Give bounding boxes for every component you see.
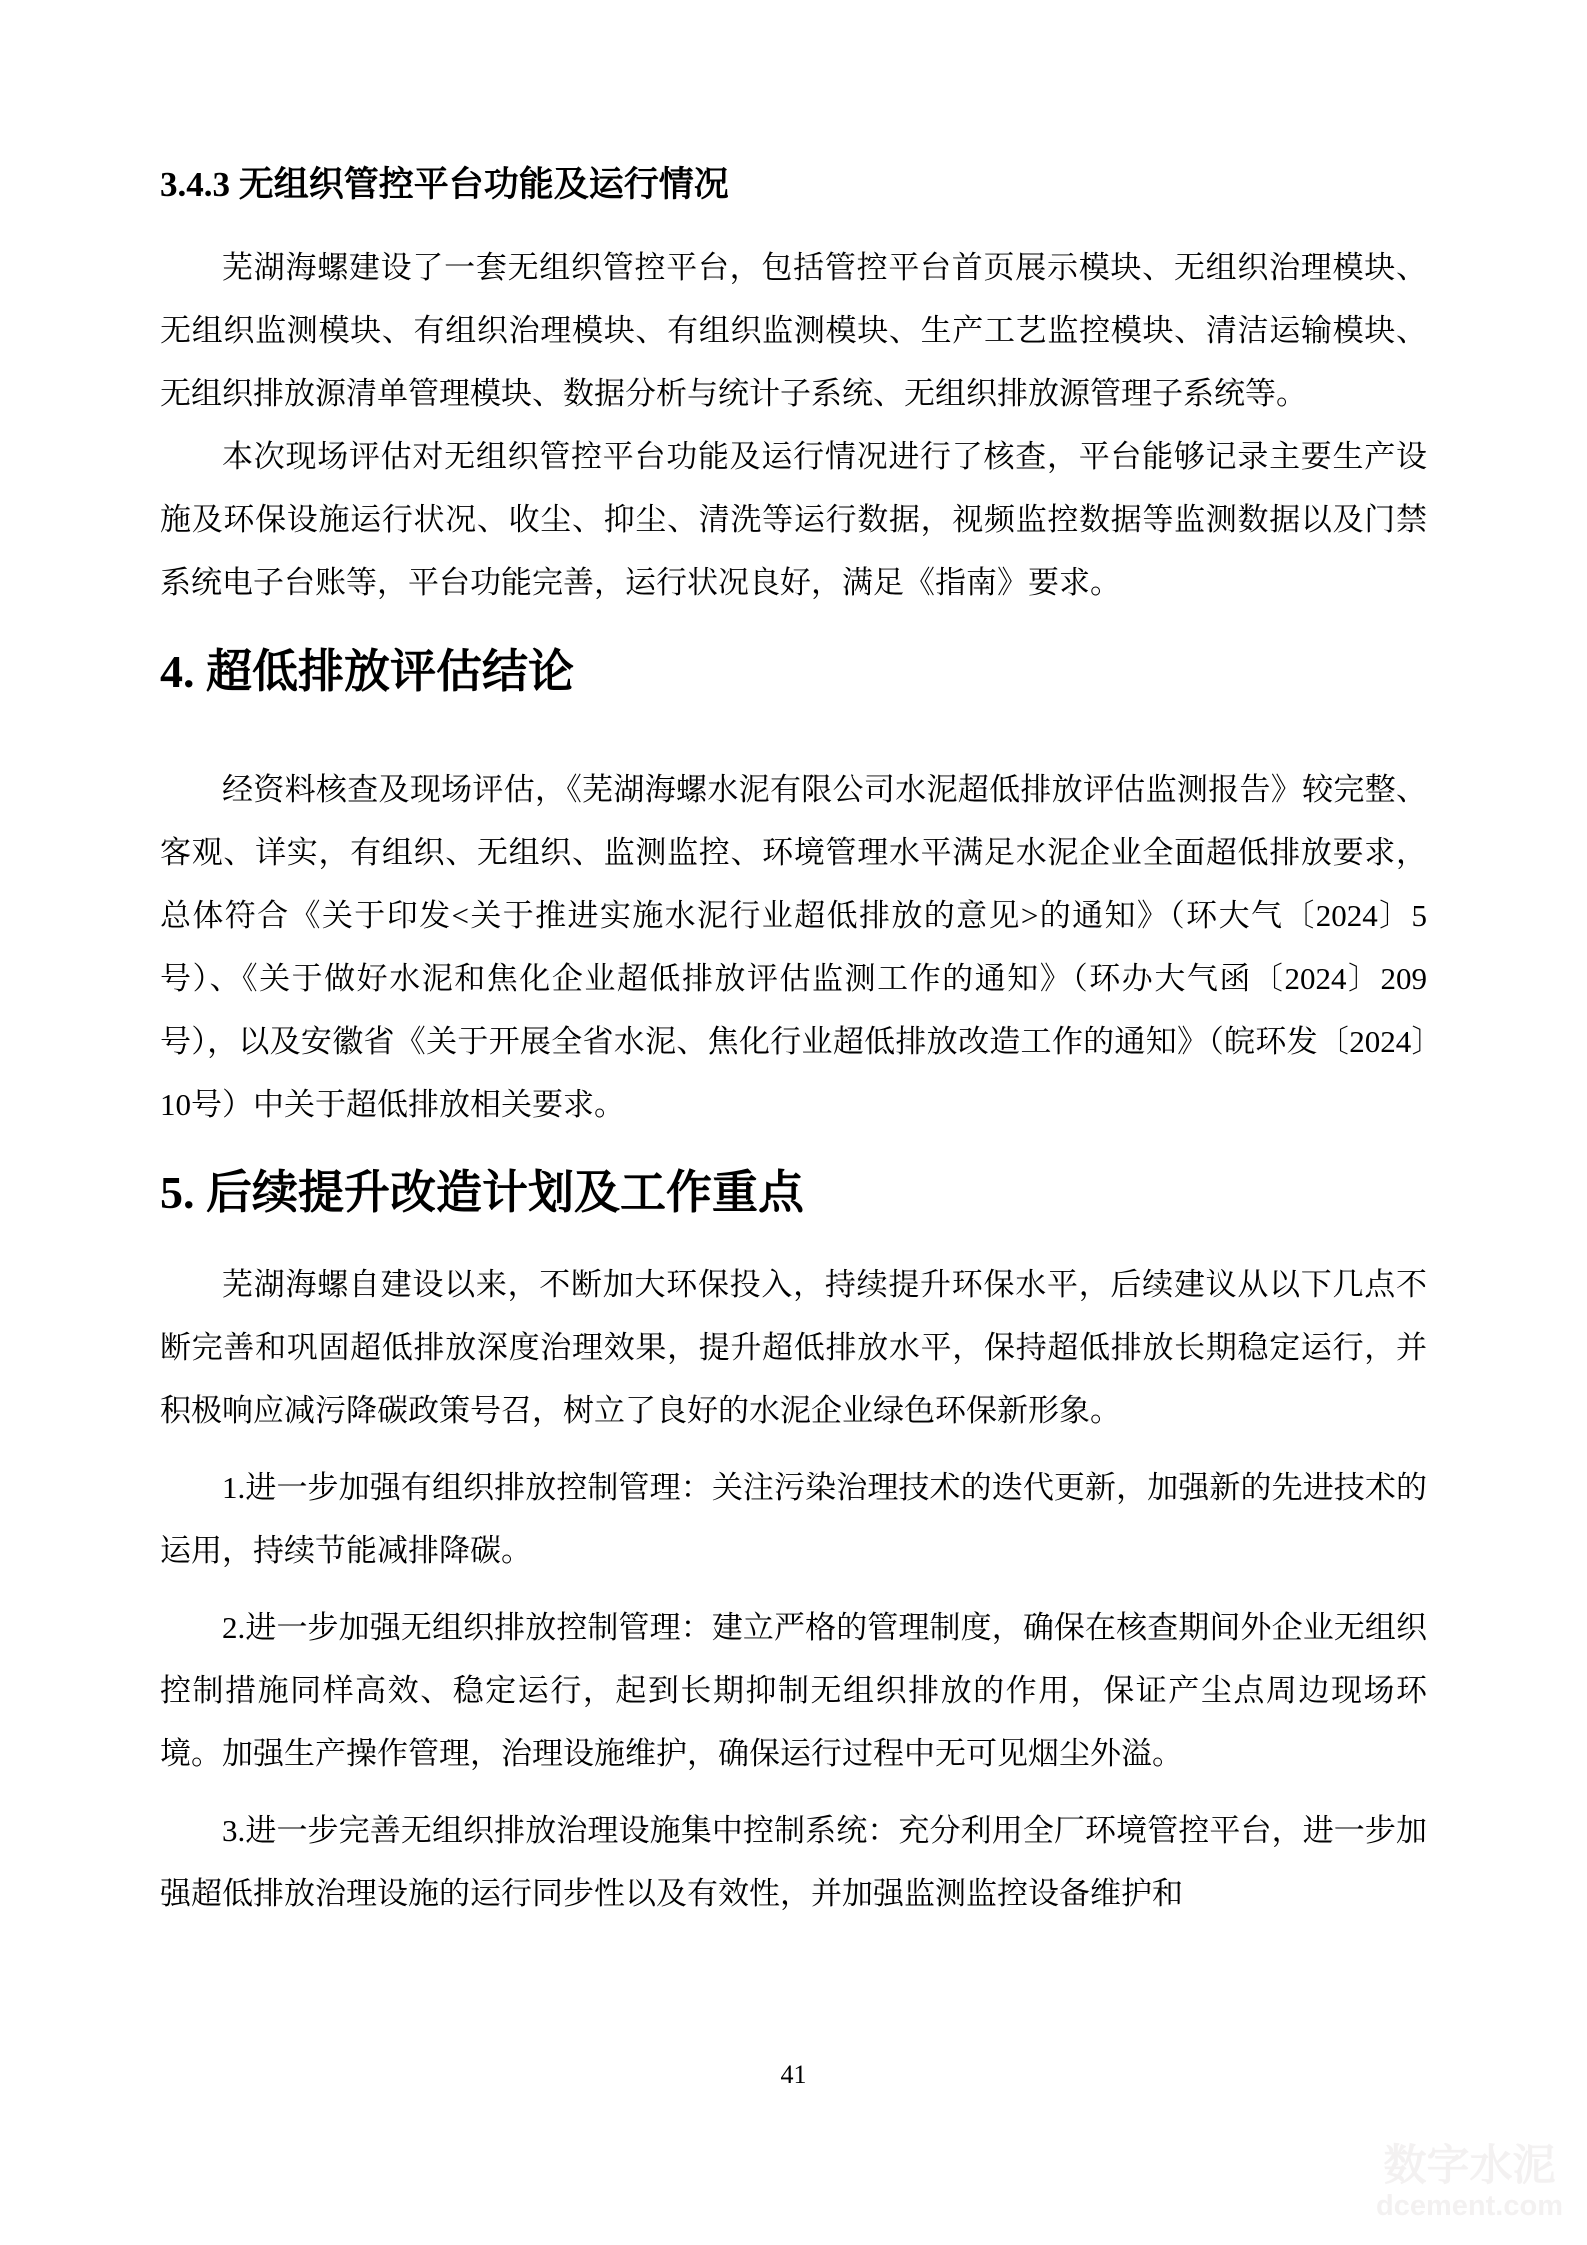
section-5-heading: 5. 后续提升改造计划及工作重点: [160, 1163, 1427, 1223]
watermark: 数字水泥 dcement.com: [1376, 2142, 1563, 2222]
paragraph-assessment-conclusion: 经资料核查及现场评估，《芜湖海螺水泥有限公司水泥超低排放评估监测报告》较完整、客…: [160, 758, 1427, 1136]
paragraph-platform-modules: 芜湖海螺建设了一套无组织管控平台，包括管控平台首页展示模块、无组织治理模块、无组…: [160, 236, 1427, 425]
paragraph-improvement-intro: 芜湖海螺自建设以来，不断加大环保投入，持续提升环保水平，后续建议从以下几点不断完…: [160, 1253, 1427, 1442]
section-3-4-3-heading: 3.4.3 无组织管控平台功能及运行情况: [160, 160, 1427, 210]
document-page: 3.4.3 无组织管控平台功能及运行情况 芜湖海螺建设了一套无组织管控平台，包括…: [0, 0, 1587, 2245]
watermark-url: dcement.com: [1376, 2190, 1563, 2222]
section-4-heading: 4. 超低排放评估结论: [160, 642, 1427, 702]
page-content: 3.4.3 无组织管控平台功能及运行情况 芜湖海螺建设了一套无组织管控平台，包括…: [160, 160, 1427, 1925]
paragraph-item-3-central-control: 3.进一步完善无组织排放治理设施集中控制系统：充分利用全厂环境管控平台，进一步加…: [160, 1799, 1427, 1925]
watermark-title: 数字水泥: [1376, 2142, 1563, 2190]
paragraph-platform-assessment: 本次现场评估对无组织管控平台功能及运行情况进行了核查，平台能够记录主要生产设施及…: [160, 425, 1427, 614]
page-number: 41: [0, 2058, 1587, 2092]
paragraph-item-2-unorganized-emission: 2.进一步加强无组织排放控制管理：建立严格的管理制度，确保在核查期间外企业无组织…: [160, 1596, 1427, 1785]
paragraph-item-1-organized-emission: 1.进一步加强有组织排放控制管理：关注污染治理技术的迭代更新，加强新的先进技术的…: [160, 1456, 1427, 1582]
